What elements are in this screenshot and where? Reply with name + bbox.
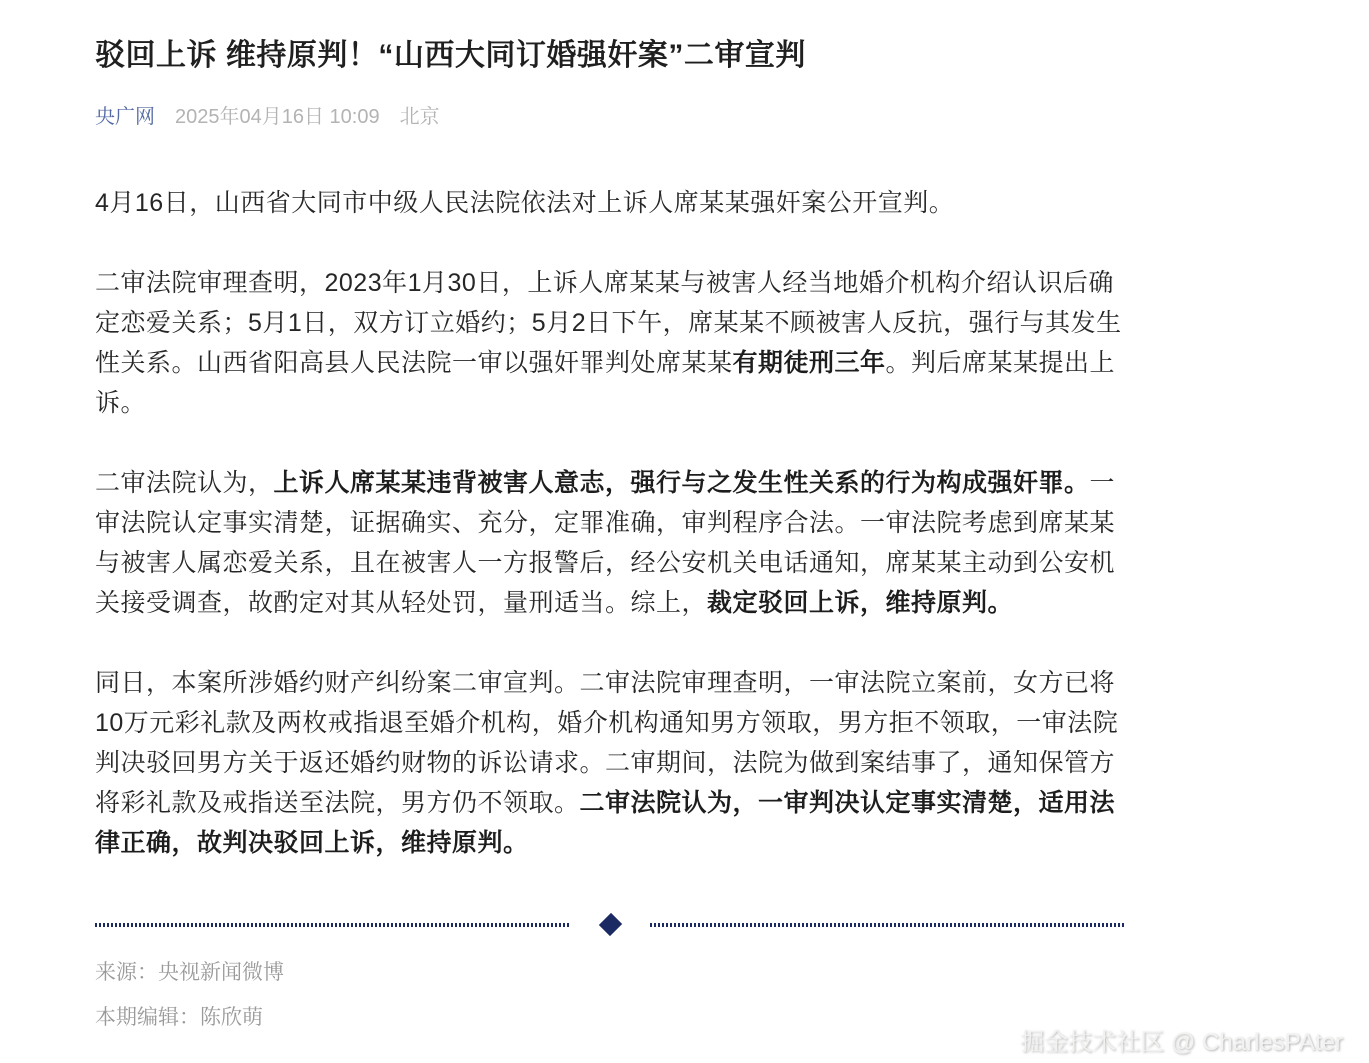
divider-line-right xyxy=(650,923,1126,927)
publish-date: 2025年04月16日 10:09 xyxy=(175,100,380,129)
watermark-text: 掘金技术社区 @ CharlesPAter xyxy=(1020,1022,1343,1057)
divider-line-left xyxy=(95,923,571,927)
article-title: 驳回上诉 维持原判！“山西大同订婚强奸案”二审宣判 xyxy=(95,36,1125,76)
paragraph: 二审法院审理查明，2023年1月30日，上诉人席某某与被害人经当地婚介机构介绍认… xyxy=(95,263,1125,423)
editor-credit-line: 本期编辑：陈欣萌 xyxy=(95,1003,1125,1033)
source-credit-line: 来源：央视新闻微博 xyxy=(95,958,1125,988)
paragraph-bold-run: 裁定驳回上诉，维持原判。 xyxy=(707,589,1013,617)
paragraph: 同日，本案所涉婚约财产纠纷案二审宣判。二审法院审理查明，一审法院立案前，女方已将… xyxy=(95,663,1125,863)
article-content: 驳回上诉 维持原判！“山西大同订婚强奸案”二审宣判 央广网 2025年04月16… xyxy=(95,36,1125,1033)
section-divider xyxy=(95,917,1125,932)
publish-location: 北京 xyxy=(400,100,440,129)
article-body: 4月16日，山西省大同市中级人民法院依法对上诉人席某某强奸案公开宣判。二审法院审… xyxy=(95,183,1125,863)
article-footer: 来源：央视新闻微博 本期编辑：陈欣萌 xyxy=(95,958,1125,1033)
paragraph-run: 4月16日，山西省大同市中级人民法院依法对上诉人席某某强奸案公开宣判。 xyxy=(95,189,954,217)
article-meta: 央广网 2025年04月16日 10:09 北京 xyxy=(95,100,1125,129)
diamond-icon xyxy=(598,913,621,936)
paragraph: 二审法院认为，上诉人席某某违背被害人意志，强行与之发生性关系的行为构成强奸罪。一… xyxy=(95,463,1125,623)
paragraph: 4月16日，山西省大同市中级人民法院依法对上诉人席某某强奸案公开宣判。 xyxy=(95,183,1125,223)
paragraph-run: 二审法院认为， xyxy=(95,469,274,497)
paragraph-bold-run: 有期徒刑三年 xyxy=(733,349,886,377)
source-name-link[interactable]: 央广网 xyxy=(95,100,155,129)
article-page: 驳回上诉 维持原判！“山西大同订婚强奸案”二审宣判 央广网 2025年04月16… xyxy=(0,0,1369,1063)
paragraph-bold-run: 上诉人席某某违背被害人意志，强行与之发生性关系的行为构成强奸罪。 xyxy=(274,469,1090,497)
